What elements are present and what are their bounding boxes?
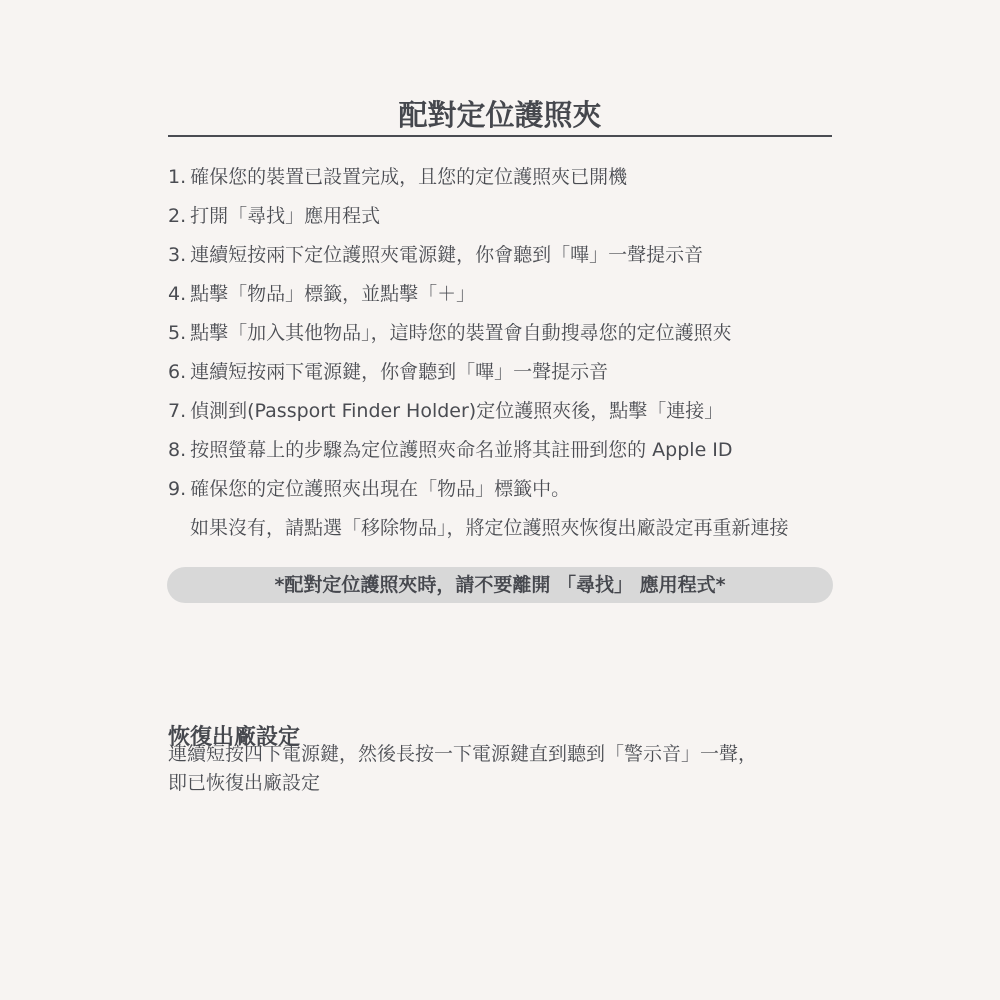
step-item: 9.確保您的定位護照夾出現在「物品」標籤中。 [168, 472, 848, 511]
step-number: 9. [168, 472, 186, 506]
step-text: 打開「尋找」應用程式 [190, 205, 380, 227]
title-divider [168, 135, 832, 137]
step-item: 5.點擊「加入其他物品」，這時您的裝置會自動搜尋您的定位護照夾 [168, 316, 848, 355]
step-text: 連續短按兩下定位護照夾電源鍵，你會聽到「嗶」一聲提示音 [190, 244, 703, 266]
page-title: 配對定位護照夾 [0, 95, 1000, 135]
step-text: 連續短按兩下電源鍵，你會聽到「嗶」一聲提示音 [190, 361, 608, 383]
step-number: 4. [168, 277, 186, 311]
step-text: 偵測到(Passport Finder Holder)定位護照夾後，點擊「連接」 [190, 400, 723, 422]
step-number: 3. [168, 238, 186, 272]
step-number: 1. [168, 160, 186, 194]
step-number: 6. [168, 355, 186, 389]
step-item: 6.連續短按兩下電源鍵，你會聽到「嗶」一聲提示音 [168, 355, 848, 394]
pairing-steps-list: 1.確保您的裝置已設置完成，且您的定位護照夾已開機 2.打開「尋找」應用程式 3… [168, 160, 848, 550]
step-item: 8.按照螢幕上的步驟為定位護照夾命名並將其註冊到您的 Apple ID [168, 433, 848, 472]
step-9-continuation: 如果沒有，請點選「移除物品」，將定位護照夾恢復出廠設定再重新連接 [168, 511, 848, 550]
step-number: 2. [168, 199, 186, 233]
step-number: 8. [168, 433, 186, 467]
step-text: 確保您的定位護照夾出現在「物品」標籤中。 [190, 478, 570, 500]
step-item: 3.連續短按兩下定位護照夾電源鍵，你會聽到「嗶」一聲提示音 [168, 238, 848, 277]
step-text: 按照螢幕上的步驟為定位護照夾命名並將其註冊到您的 Apple ID [190, 439, 732, 461]
step-number: 7. [168, 394, 186, 428]
step-item: 1.確保您的裝置已設置完成，且您的定位護照夾已開機 [168, 160, 848, 199]
step-item: 2.打開「尋找」應用程式 [168, 199, 848, 238]
reset-instructions: 連續短按四下電源鍵，然後長按一下電源鍵直到聽到「警示音」一聲， 即已恢復出廠設定 [168, 740, 828, 798]
step-text: 點擊「物品」標籤，並點擊「＋」 [190, 283, 475, 305]
step-text: 確保您的裝置已設置完成，且您的定位護照夾已開機 [190, 166, 627, 188]
reset-line: 即已恢復出廠設定 [168, 769, 828, 798]
reset-line: 連續短按四下電源鍵，然後長按一下電源鍵直到聽到「警示音」一聲， [168, 740, 828, 769]
step-item: 4.點擊「物品」標籤，並點擊「＋」 [168, 277, 848, 316]
step-number: 5. [168, 316, 186, 350]
step-text: 點擊「加入其他物品」，這時您的裝置會自動搜尋您的定位護照夾 [190, 322, 732, 344]
step-item: 7.偵測到(Passport Finder Holder)定位護照夾後，點擊「連… [168, 394, 848, 433]
warning-note: *配對定位護照夾時，請不要離開 「尋找」 應用程式* [167, 567, 833, 603]
